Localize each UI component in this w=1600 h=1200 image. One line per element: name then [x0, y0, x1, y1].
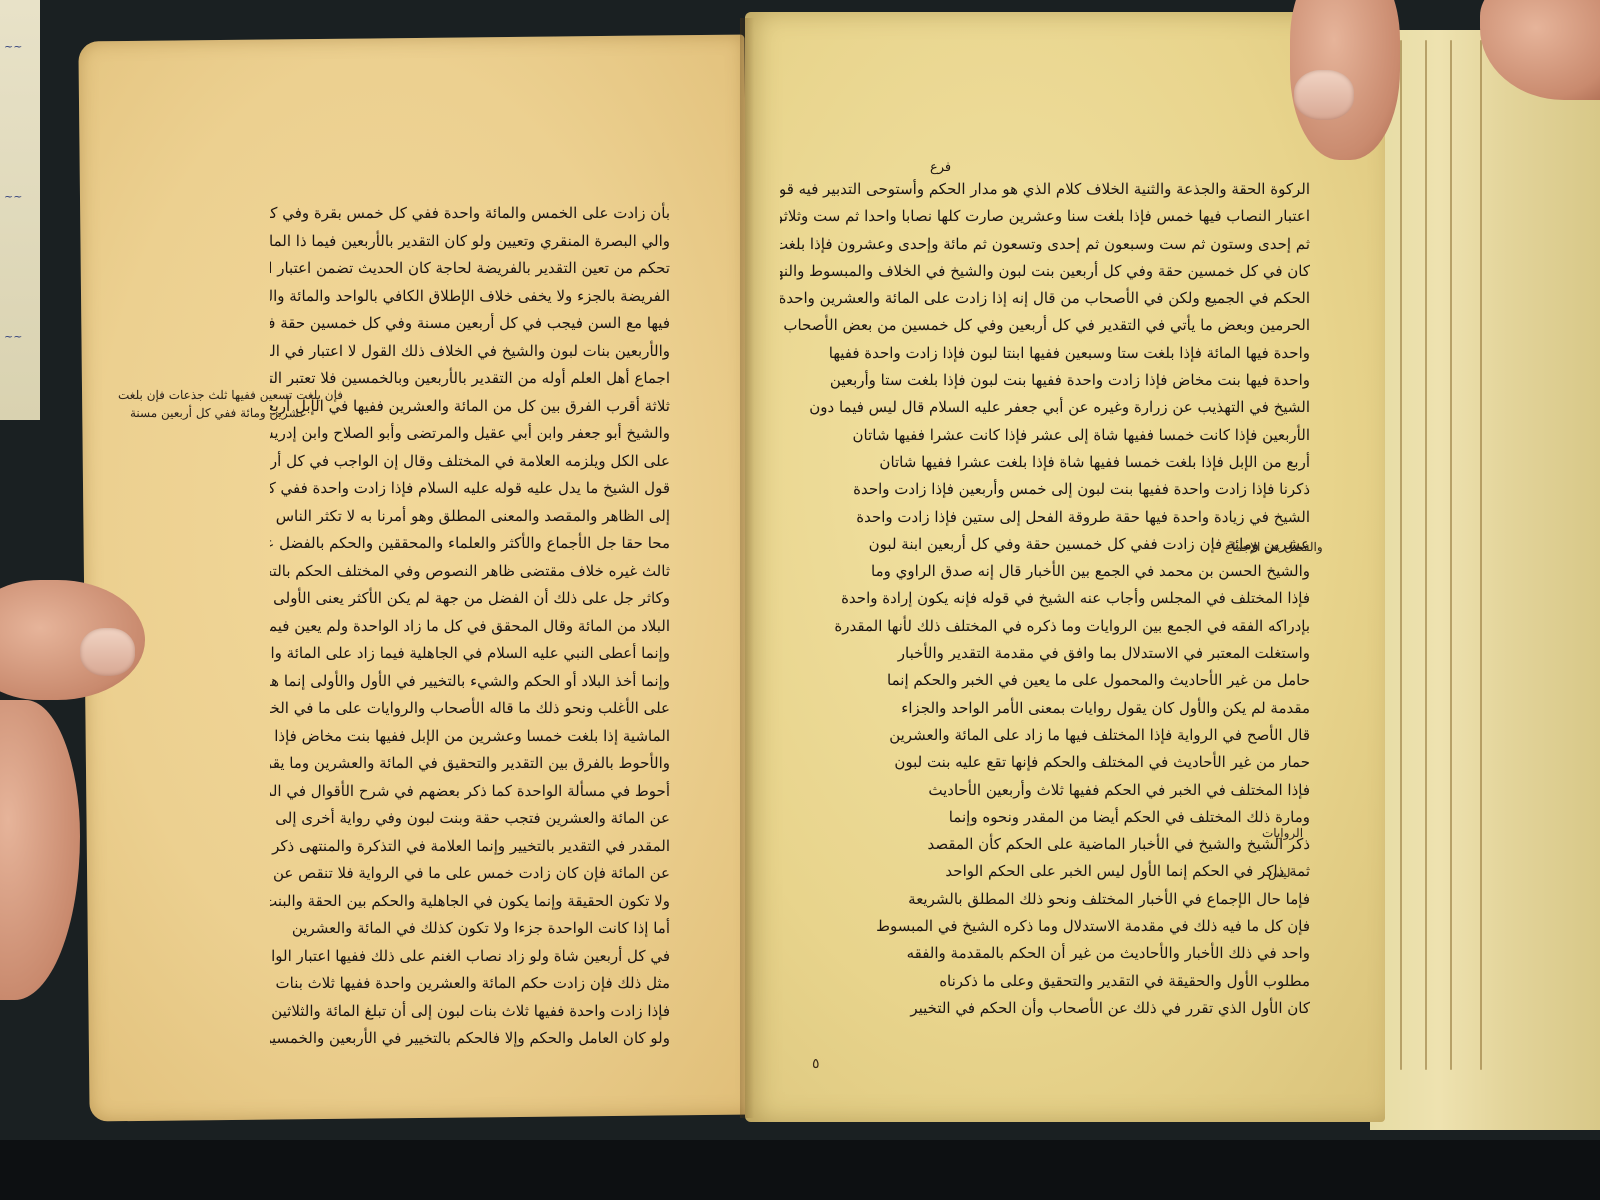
manuscript-line: اعتبار النصاب فيها خمس فإذا بلغت سنا وعش… [780, 203, 1310, 230]
manuscript-line: الأربعين فإذا كانت خمسا ففيها شاة إلى عش… [780, 422, 1310, 449]
manuscript-line: الحرمين وبعض ما يأتي في التقدير في كل أر… [780, 312, 1310, 339]
manuscript-line: وإنما أعطى النبي عليه السلام في الجاهلية… [270, 640, 670, 668]
manuscript-line: والي البصرة المنقري وتعيين ولو كان التقد… [270, 228, 670, 256]
manuscript-line: وإنما أخذ البلاد أو الحكم والشيء بالتخيي… [270, 668, 670, 696]
manuscript-line: والأربعين بنات لبون والشيخ في الخلاف ذلك… [270, 338, 670, 366]
right-margin-note: والفضل عن الإجماع [1225, 540, 1323, 554]
left-margin-note-line1: فإن بلغت تسعين ففيها ثلث جذعات فإن بلغت [118, 388, 343, 402]
manuscript-line: فيها مع السن فيجب في كل أربعين مسنة وفي … [270, 310, 670, 338]
manuscript-line: قول الشيخ ما يدل عليه قوله عليه السلام ف… [270, 475, 670, 503]
manuscript-line: محا حقا جل الأجماع والأكثر والعلماء والم… [270, 530, 670, 558]
manuscript-line: الحكم في الجميع ولكن في الأصحاب من قال إ… [780, 285, 1310, 312]
manuscript-line: ومارة ذلك المختلف في الحكم أيضا من المقد… [780, 804, 1310, 831]
book-gutter [740, 18, 754, 1118]
manuscript-line: والشيخ أبو جعفر وابن أبي عقيل والمرتضى و… [270, 420, 670, 448]
manuscript-line: الفريضة بالجزء ولا يخفى خلاف الإطلاق الك… [270, 283, 670, 311]
left-margin-note-line2: عشرين ومائة ففي كل أربعين مسنة [130, 406, 307, 420]
manuscript-line: واحدة فيها المائة فإذا بلغت ستا وسبعين ف… [780, 340, 1310, 367]
section-header: فرع [930, 160, 951, 175]
background-handwriting: ~~ [4, 190, 22, 203]
manuscript-line: ولو كان العامل والحكم وإلا فالحكم بالتخي… [270, 1025, 670, 1053]
manuscript-line: وكاثر جل على ذلك أن الفضل من جهة لم يكن … [270, 585, 670, 613]
right-page-text: الركوة الحقة والجذعة والثنية الخلاف كلام… [780, 176, 1310, 1022]
manuscript-line: مثل ذلك فإن زادت حكم المائة والعشرين واح… [270, 970, 670, 998]
manuscript-line: على الكل ويلزمه العلامة في المختلف وقال … [270, 448, 670, 476]
manuscript-line: والأحوط بالفرق بين التقدير والتحقيق في ا… [270, 750, 670, 778]
manuscript-line: ذكر الشيخ والشيخ في الأخبار الماضية على … [780, 831, 1310, 858]
left-page-text: بأن زادت على الخمس والمائة واحدة ففي كل … [270, 200, 670, 1053]
page-stack-edges [1370, 30, 1600, 1130]
manuscript-line: كان في كل خمسين حقة وفي كل أربعين بنت لب… [780, 258, 1310, 285]
manuscript-line: مقدمة لم يكن والأول كان يقول روايات بمعن… [780, 695, 1310, 722]
manuscript-line: تحكم من تعين التقدير بالفريضة لحاجة كان … [270, 255, 670, 283]
manuscript-line: واحد في ذلك الأخبار والأحاديث من غير أن … [780, 940, 1310, 967]
manuscript-line: ثمة ذاكر في الحكم إنما الأول ليس الخبر ع… [780, 858, 1310, 885]
manuscript-line: قال الأصح في الرواية فإذا المختلف فيها م… [780, 722, 1310, 749]
manuscript-line: فإذا المختلف في المجلس وأجاب عنه الشيخ ف… [780, 585, 1310, 612]
manuscript-line: فإذا زادت واحدة ففيها ثلاث بنات لبون إلى… [270, 998, 670, 1026]
background-handwriting: ~~ [4, 40, 22, 53]
manuscript-line: إلى الظاهر والمقصد والمعنى المطلق وهو أم… [270, 503, 670, 531]
manuscript-line: بإدراكه الفقه في الجمع بين الروايات وما … [780, 613, 1310, 640]
manuscript-line: كان الأول الذي تقرر في ذلك عن الأصحاب وأ… [780, 995, 1310, 1022]
manuscript-line: الشيخ في زيادة واحدة فيها حقة طروقة الفح… [780, 504, 1310, 531]
table-surface [0, 1140, 1600, 1200]
left-hand-fingers [0, 700, 80, 1000]
manuscript-line: ثم إحدى وستون ثم ست وسبعون ثم إحدى وتسعو… [780, 231, 1310, 258]
manuscript-line: الماشية إذا بلغت خمسا وعشرين من الإبل فف… [270, 723, 670, 751]
manuscript-line: عن المائة فإن كان زادت خمس على ما في الر… [270, 860, 670, 888]
manuscript-line: ولا تكون الحقيقة وإنما يكون في الجاهلية … [270, 888, 670, 916]
manuscript-line: أربع من الإبل فإذا بلغت خمسا ففيها شاة ف… [780, 449, 1310, 476]
manuscript-line: واحدة فيها بنت مخاض فإذا زادت واحدة ففيه… [780, 367, 1310, 394]
manuscript-line: حمار من غير الأحاديث في المختلف والحكم ف… [780, 749, 1310, 776]
manuscript-line: الشيخ في التهذيب عن زرارة وغيره عن أبي ج… [780, 394, 1310, 421]
right-margin-note: الروايات [1262, 826, 1303, 840]
manuscript-line: والشيخ الحسن بن محمد في الجمع بين الأخبا… [780, 558, 1310, 585]
manuscript-line: الركوة الحقة والجذعة والثنية الخلاف كلام… [780, 176, 1310, 203]
manuscript-line: عن المائة والعشرين فتجب حقة وبنت لبون وف… [270, 805, 670, 833]
manuscript-line: فإن كل ما فيه ذلك في مقدمة الاستدلال وما… [780, 913, 1310, 940]
page-number: ٥ [812, 1056, 820, 1072]
manuscript-line: أحوط في مسألة الواحدة كما ذكر بعضهم في ش… [270, 778, 670, 806]
manuscript-line: أما إذا كانت الواحدة جزءا ولا تكون كذلك … [270, 915, 670, 943]
manuscript-line: فإما حال الإجماع في الأخبار المختلف ونحو… [780, 886, 1310, 913]
manuscript-line: البلاد من المائة وقال المحقق في كل ما زا… [270, 613, 670, 641]
manuscript-line: على الأغلب ونحو ذلك ما قاله الأصحاب والر… [270, 695, 670, 723]
background-handwriting: ~~ [4, 330, 22, 343]
manuscript-line: فإذا المختلف في الخبر في الحكم ففيها ثلا… [780, 777, 1310, 804]
manuscript-line: مطلوب الأول والحقيقة في التقدير والتحقيق… [780, 968, 1310, 995]
manuscript-line: واستغلت المعتبر في الاستدلال بما وافق في… [780, 640, 1310, 667]
manuscript-line: المقدر في التقدير بالتخيير وإنما العلامة… [270, 833, 670, 861]
right-hand-thumb [1290, 0, 1400, 160]
manuscript-line: ذكرنا فإذا زادت واحدة ففيها بنت لبون إلى… [780, 476, 1310, 503]
manuscript-line: حامل من غير الأحاديث والمحمول على ما يعي… [780, 667, 1310, 694]
manuscript-line: ثالث غيره خلاف مقتضى ظاهر النصوص وفي الم… [270, 558, 670, 586]
background-document-edge: ~~ ~~ ~~ [0, 0, 40, 420]
manuscript-line: في كل أربعين شاة ولو زاد نصاب الغنم على … [270, 943, 670, 971]
right-margin-note: ليس [1268, 866, 1291, 880]
manuscript-line: بأن زادت على الخمس والمائة واحدة ففي كل … [270, 200, 670, 228]
